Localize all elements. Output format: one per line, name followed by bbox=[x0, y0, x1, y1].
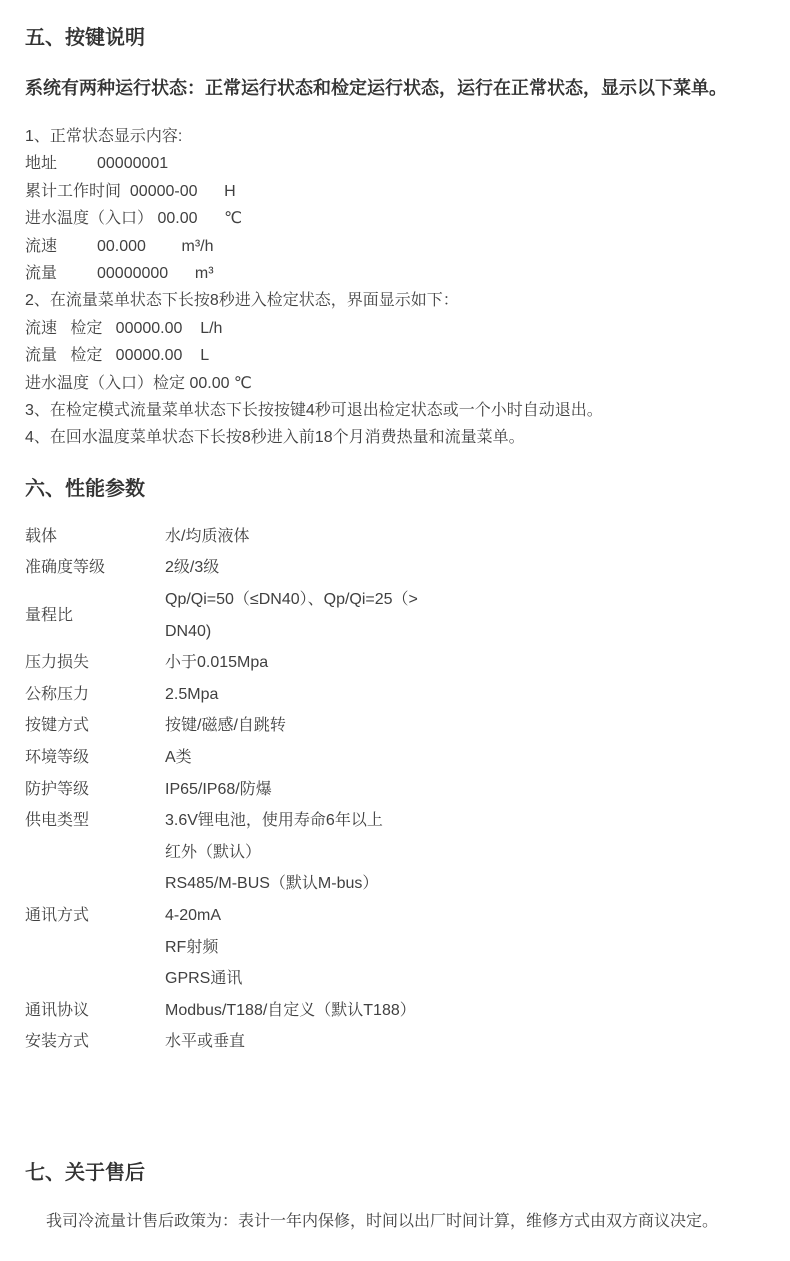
parameter-row: 通讯方式红外（默认）RS485/M-BUS（默认M-bus）4-20mARF射频… bbox=[25, 837, 760, 995]
parameter-label: 环境等级 bbox=[25, 742, 165, 774]
display-line: 1、正常状态显示内容: bbox=[25, 123, 760, 150]
parameter-values: 2级/3级 bbox=[165, 552, 760, 584]
section5-heading: 五、按键说明 bbox=[25, 27, 760, 49]
parameter-label: 公称压力 bbox=[25, 679, 165, 711]
parameter-label: 量程比 bbox=[25, 600, 165, 632]
parameter-values: Qp/Qi=50（≤DN40）、Qp/Qi=25（>DN40) bbox=[165, 584, 760, 647]
section7-heading: 七、关于售后 bbox=[25, 1162, 760, 1184]
parameter-value-line: IP65/IP68/防爆 bbox=[165, 774, 760, 806]
display-line: 流速 检定 00000.00 L/h bbox=[25, 315, 760, 342]
parameter-values: 3.6V锂电池，使用寿命6年以上 bbox=[165, 805, 760, 837]
parameter-value-line: Modbus/T188/自定义（默认T188） bbox=[165, 995, 760, 1027]
parameter-label: 安装方式 bbox=[25, 1026, 165, 1058]
parameter-label: 供电类型 bbox=[25, 805, 165, 837]
parameter-value-line: 2级/3级 bbox=[165, 552, 760, 584]
parameter-value-line: 按键/磁感/自跳转 bbox=[165, 710, 760, 742]
parameter-value-line: DN40) bbox=[165, 616, 760, 648]
parameter-label: 通讯方式 bbox=[25, 900, 165, 932]
parameter-value-line: 4-20mA bbox=[165, 900, 760, 932]
display-line: 流量 00000000 m³ bbox=[25, 260, 760, 287]
parameter-row: 供电类型3.6V锂电池，使用寿命6年以上 bbox=[25, 805, 760, 837]
document-page: 五、按键说明 系统有两种运行状态：正常运行状态和检定运行状态，运行在正常状态，显… bbox=[0, 27, 790, 1232]
display-line: 4、在回水温度菜单状态下长按8秒进入前18个月消费热量和流量菜单。 bbox=[25, 424, 760, 451]
parameter-row: 防护等级IP65/IP68/防爆 bbox=[25, 774, 760, 806]
section6-heading: 六、性能参数 bbox=[25, 478, 760, 500]
display-line: 流速 00.000 m³/h bbox=[25, 233, 760, 260]
parameter-label: 防护等级 bbox=[25, 774, 165, 806]
parameter-value-line: 水/均质液体 bbox=[165, 521, 760, 553]
section7-aftersale-paragraph: 我司冷流量计售后政策为：表计一年内保修，时间以出厂时间计算，维修方式由双方商议决… bbox=[25, 1211, 760, 1232]
parameter-values: IP65/IP68/防爆 bbox=[165, 774, 760, 806]
display-menu-lines: 1、正常状态显示内容:地址 00000001累计工作时间 00000-00 H进… bbox=[25, 123, 760, 452]
parameter-row: 公称压力2.5Mpa bbox=[25, 679, 760, 711]
parameter-value-line: RF射频 bbox=[165, 932, 760, 964]
display-line: 地址 00000001 bbox=[25, 150, 760, 177]
parameter-row: 准确度等级2级/3级 bbox=[25, 552, 760, 584]
parameter-row: 环境等级A类 bbox=[25, 742, 760, 774]
parameter-value-line: Qp/Qi=50（≤DN40）、Qp/Qi=25（> bbox=[165, 584, 760, 616]
parameter-label: 准确度等级 bbox=[25, 552, 165, 584]
display-line: 累计工作时间 00000-00 H bbox=[25, 178, 760, 205]
parameter-value-line: GPRS通讯 bbox=[165, 963, 760, 995]
parameter-value-line: A类 bbox=[165, 742, 760, 774]
parameter-values: 红外（默认）RS485/M-BUS（默认M-bus）4-20mARF射频GPRS… bbox=[165, 837, 760, 995]
parameter-value-line: 2.5Mpa bbox=[165, 679, 760, 711]
parameter-row: 量程比Qp/Qi=50（≤DN40）、Qp/Qi=25（>DN40) bbox=[25, 584, 760, 647]
parameter-label: 压力损失 bbox=[25, 647, 165, 679]
parameter-row: 按键方式按键/磁感/自跳转 bbox=[25, 710, 760, 742]
parameter-value-line: 小于0.015Mpa bbox=[165, 647, 760, 679]
parameter-values: 水/均质液体 bbox=[165, 521, 760, 553]
parameter-value-line: 水平或垂直 bbox=[165, 1026, 760, 1058]
parameter-values: 小于0.015Mpa bbox=[165, 647, 760, 679]
display-line: 流量 检定 00000.00 L bbox=[25, 342, 760, 369]
performance-parameters-table: 载体水/均质液体准确度等级2级/3级量程比Qp/Qi=50（≤DN40）、Qp/… bbox=[25, 521, 760, 1058]
parameter-values: Modbus/T188/自定义（默认T188） bbox=[165, 995, 760, 1027]
parameter-label: 载体 bbox=[25, 521, 165, 553]
parameter-label: 按键方式 bbox=[25, 710, 165, 742]
display-line: 3、在检定模式流量菜单状态下长按按键4秒可退出检定状态或一个小时自动退出。 bbox=[25, 397, 760, 424]
section5-intro-paragraph: 系统有两种运行状态：正常运行状态和检定运行状态，运行在正常状态，显示以下菜单。 bbox=[25, 77, 760, 99]
parameter-value-line: 3.6V锂电池，使用寿命6年以上 bbox=[165, 805, 760, 837]
parameter-value-line: 红外（默认） bbox=[165, 837, 760, 869]
parameter-values: A类 bbox=[165, 742, 760, 774]
parameter-row: 通讯协议Modbus/T188/自定义（默认T188） bbox=[25, 995, 760, 1027]
parameter-row: 安装方式水平或垂直 bbox=[25, 1026, 760, 1058]
parameter-values: 2.5Mpa bbox=[165, 679, 760, 711]
parameter-row: 压力损失小于0.015Mpa bbox=[25, 647, 760, 679]
parameter-label: 通讯协议 bbox=[25, 995, 165, 1027]
parameter-value-line: RS485/M-BUS（默认M-bus） bbox=[165, 868, 760, 900]
parameter-values: 按键/磁感/自跳转 bbox=[165, 710, 760, 742]
display-line: 进水温度（入口） 00.00 ℃ bbox=[25, 205, 760, 232]
display-line: 2、在流量菜单状态下长按8秒进入检定状态，界面显示如下： bbox=[25, 287, 760, 314]
parameter-row: 载体水/均质液体 bbox=[25, 521, 760, 553]
display-line: 进水温度（入口）检定 00.00 ℃ bbox=[25, 370, 760, 397]
parameter-values: 水平或垂直 bbox=[165, 1026, 760, 1058]
